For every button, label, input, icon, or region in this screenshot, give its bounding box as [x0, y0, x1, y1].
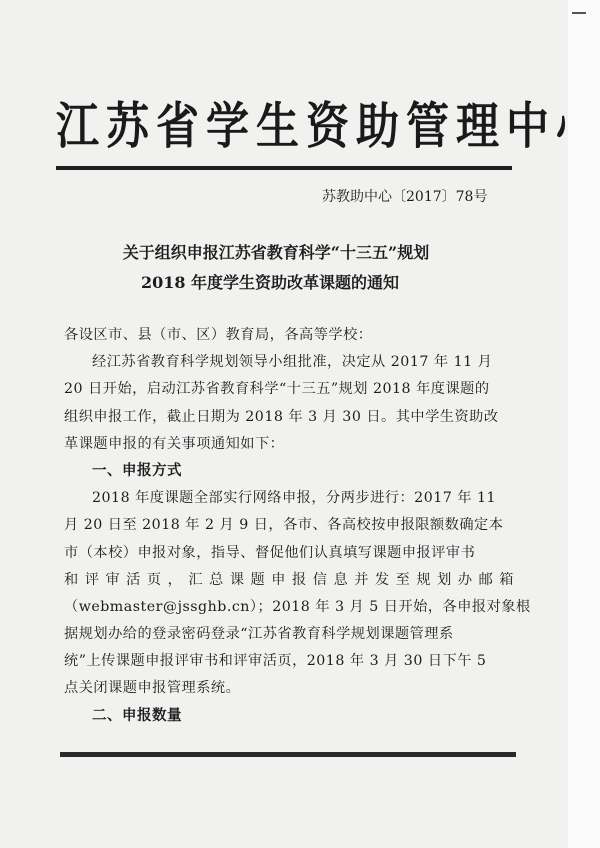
- issuer-masthead: 江苏省学生资助管理中心: [56, 98, 506, 156]
- document-number: 苏教助中心〔2017〕78号: [322, 186, 487, 206]
- footer-divider: [60, 752, 516, 757]
- section-1-line-3: 市（本校）申报对象，指导、督促他们认真填写课题申报评审书: [64, 540, 514, 567]
- section-1-line-5: （webmaster@jssghb.cn）；2018 年 3 月 5 日开始，各…: [64, 594, 514, 621]
- salutation: 各设区市、县（市、区）教育局，各高等学校：: [64, 322, 514, 349]
- section-1-line-7: 统”上传课题申报评审书和评审活页，2018 年 3 月 30 日下午 5: [64, 648, 514, 675]
- scan-corner-mark: [572, 12, 586, 14]
- section-1-line-6: 据规划办给的登录密码登录“江苏省教育科学规划课题管理系: [64, 621, 514, 648]
- section-1-heading: 一、申报方式: [64, 458, 514, 485]
- section-1-line-4: 和评审活页，汇总课题申报信息并发至规划办邮箱: [64, 567, 514, 594]
- notice-title-line-1: 关于组织申报江苏省教育科学“十三五”规划: [0, 240, 560, 263]
- notice-body: 各设区市、县（市、区）教育局，各高等学校： 经江苏省教育科学规划领导小组批准，决…: [64, 322, 514, 730]
- notice-title-line-2: 2018 年度学生资助改革课题的通知: [0, 270, 554, 293]
- intro-line-1: 经江苏省教育科学规划领导小组批准，决定从 2017 年 11 月: [64, 349, 514, 376]
- intro-line-4: 革课题申报的有关事项通知如下：: [64, 431, 514, 458]
- scan-margin: [568, 0, 600, 848]
- intro-line-3: 组织申报工作，截止日期为 2018 年 3 月 30 日。其中学生资助改: [64, 404, 514, 431]
- section-1-line-2: 月 20 日至 2018 年 2 月 9 日，各市、各高校按申报限额数确定本: [64, 512, 514, 539]
- section-2-heading: 二、申报数量: [64, 703, 514, 730]
- masthead-divider: [56, 166, 512, 170]
- scanned-page: 江苏省学生资助管理中心 苏教助中心〔2017〕78号 关于组织申报江苏省教育科学…: [0, 0, 568, 848]
- section-1-line-1: 2018 年度课题全部实行网络申报，分两步进行：2017 年 11: [64, 485, 514, 512]
- intro-line-2: 20 日开始，启动江苏省教育科学“十三五”规划 2018 年度课题的: [64, 376, 514, 403]
- section-1-line-8: 点关闭课题申报管理系统。: [64, 675, 514, 702]
